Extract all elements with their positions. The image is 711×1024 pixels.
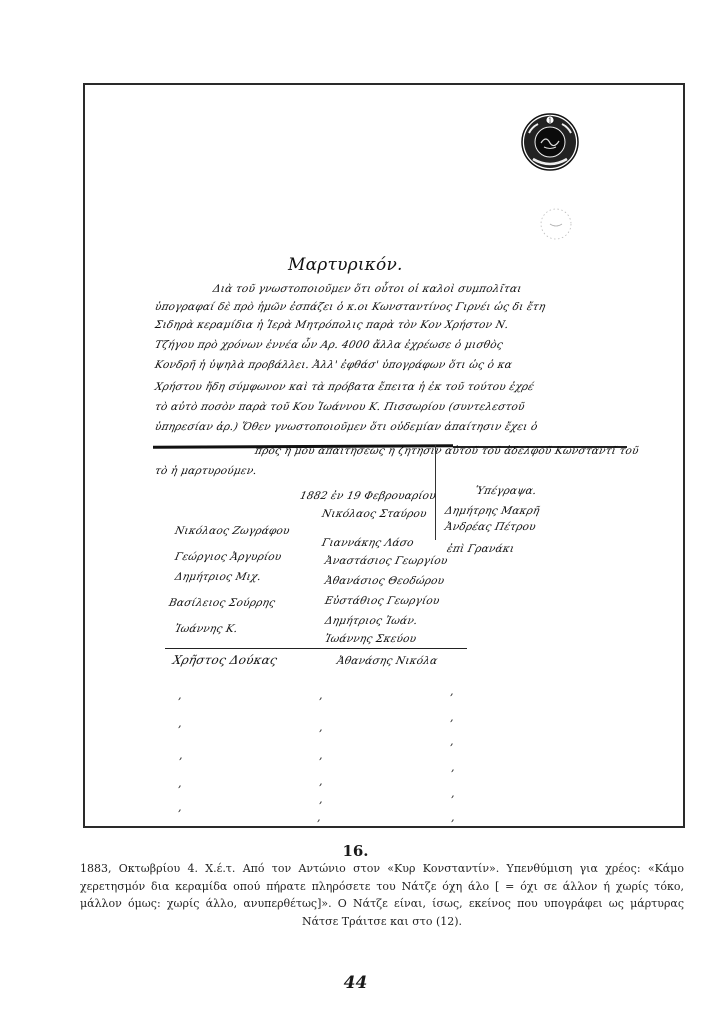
column-tick-mark: , (450, 735, 454, 748)
left-signature: Ἰωάννης Κ. (174, 623, 239, 635)
column-tick-mark: , (319, 749, 323, 762)
middle-signature: Ἀθανάσιος Θεοδώρου (324, 575, 446, 587)
column-tick-mark: , (451, 787, 455, 800)
middle-signature: Δημήτριος Ἰωάν. (324, 615, 419, 627)
left-signature: Δημήτριος Μιχ. (174, 571, 263, 583)
column-tick-mark: , (451, 811, 455, 824)
ink-horizontal-rule (165, 648, 467, 649)
handwritten-line: ὑπογραφαί δὲ πρὸ ἡμῶν ἐσπάζει ὁ κ.οι Κων… (154, 301, 547, 313)
right-signature: Ἀνδρέας Πέτρου (444, 521, 537, 533)
document-facsimile-frame: 1 Μαρτυρικόν. Διὰ τοῦ γνωστοποιοῦμεν ὅτι… (83, 83, 685, 828)
page-number: 44 (0, 973, 711, 993)
middle-signature: Ἀναστάσιος Γεωργίου (324, 555, 449, 567)
column-tick-mark: , (178, 801, 182, 814)
document-caption: 1883, Οκτωβρίου 4. Χ.έ.τ. Από τον Αντώνι… (80, 860, 684, 930)
svg-text:1: 1 (548, 118, 552, 125)
column-tick-mark: , (451, 761, 455, 774)
handwritten-line: Διὰ τοῦ γνωστοποιοῦμεν ὅτι οὗτοι οἱ καλο… (212, 283, 523, 295)
bottom-signature: Χρῆστος Δούκας (172, 653, 279, 667)
document-number: 16. (0, 842, 711, 860)
faint-stamp-icon (539, 207, 573, 241)
middle-signature: Ἰωάννης Σκεύου (324, 633, 418, 645)
middle-signature: Εὐστάθιος Γεωργίου (324, 595, 441, 607)
handwritten-line: πρὸς ἡ μου ἀπαιτήσεως ἡ ζήτησιν αὐτοῦ το… (254, 445, 640, 457)
column-tick-mark: , (319, 689, 323, 702)
left-signature: Γεώργιος Ἀργυρίου (174, 551, 283, 563)
column-tick-mark: , (319, 793, 323, 806)
column-tick-mark: , (179, 749, 183, 762)
right-signature: Ὑπέγραψα. (474, 485, 538, 497)
ottoman-seal-icon: 1 (521, 113, 579, 171)
handwritten-line: τὸ ἡ μαρτυρούμεν. (154, 465, 258, 477)
middle-signature: Νικόλαος Σταύρου (321, 508, 428, 520)
column-tick-mark: , (319, 721, 323, 734)
left-signature: Βασίλειος Σούρρης (168, 597, 277, 609)
column-tick-mark: , (178, 717, 182, 730)
column-tick-mark: , (450, 711, 454, 724)
column-tick-mark: , (319, 775, 323, 788)
right-signature: ἐπὶ Γρανάκι (446, 543, 516, 555)
handwritten-line: Χρήστου ἤδη σύμφωνον καὶ τὰ πρόβατα ἔπει… (154, 381, 536, 393)
column-tick-mark: , (178, 777, 182, 790)
column-tick-mark: , (178, 689, 182, 702)
handwritten-line: ὑπηρεσίαν ἀρ.) Ὅθεν γνωστοποιοῦμεν ὅτι ο… (154, 421, 539, 433)
left-signature: Νικόλαος Ζωγράφου (174, 525, 291, 537)
bottom-signature: Ἀθανάσης Νικόλα (336, 655, 439, 667)
handwritten-line: τὸ αὐτὸ ποσὸν παρὰ τοῦ Κου Ἰωάννου Κ. Πι… (154, 401, 526, 413)
right-signature: Δημήτρης Μακρῆ (444, 505, 541, 517)
handwritten-title: Μαρτυρικόν. (288, 255, 403, 275)
handwritten-date: 1882 ἐν 19 Φεβρουαρίου (299, 490, 437, 502)
column-tick-mark: , (317, 811, 321, 824)
column-tick-mark: , (450, 685, 454, 698)
handwritten-line: Κονδρῆ ἡ ὑψηλὰ προβάλλει. Ἀλλ' ἐφθάσ' ὑπ… (154, 359, 514, 371)
handwritten-line: Σιδηρὰ κεραμίδια ἡ Ἱερὰ Μητρόπολις παρὰ … (154, 319, 510, 331)
handwritten-line: Τζήγου πρὸ χρόνων ἐννέα ὧν Αρ. 4000 ἄλλα… (154, 339, 504, 351)
middle-signature: Γιαννάκης Λάσο (321, 537, 415, 549)
